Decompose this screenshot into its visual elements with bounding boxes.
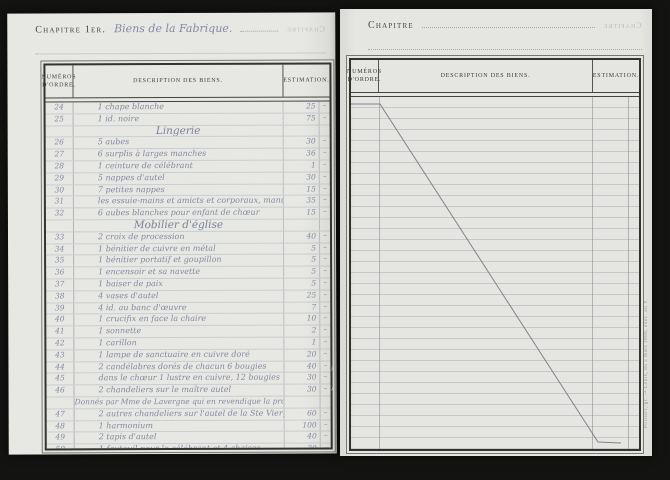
table-row: 361 encensoir et sa navette5– [46,267,330,280]
chapter-title-handwritten: Biens de la Fabrique. [114,22,232,35]
horizontal-rule [368,49,642,50]
right-chapter-line: Chapitre Chapitre [368,17,642,31]
description-label: DESCRIPTION DES BIENS. [133,78,223,84]
table-row: 45dans le chœur 1 lustre en cuivre, 12 b… [46,373,330,386]
row-description: 5 aubes [74,137,284,149]
row-estimation: 36 [284,149,320,160]
row-estimation: 40 [285,432,321,443]
row-centimes: – [320,184,330,195]
numeros-line1: NUMÉROS [41,74,76,80]
row-description: 6 aubes blanches pour enfant de chœur [74,208,284,220]
row-description: 1 baiser de paix [74,279,284,291]
row-centimes: – [320,361,330,372]
row-number: 46 [47,385,75,396]
bleed-through-text: Chapitre [603,21,642,30]
row-description: 7 petites nappes [74,184,284,196]
table-row: 332 croix de procession40– [46,231,330,244]
table-row: 431 lampe de sanctuaire en cuivre doré20… [46,349,330,362]
table-row: 295 nappes d'autel30– [46,172,330,185]
row-centimes: – [320,314,330,325]
cancellation-line [351,97,639,449]
row-description: 1 carillon [74,338,284,350]
row-estimation: 1 [284,160,320,171]
row-estimation: 2 [284,326,320,337]
row-estimation [284,219,320,230]
row-description: 1 lampe de sanctuaire en cuivre doré [74,349,284,361]
row-number: 30 [46,185,74,196]
row-estimation: 25 [284,101,320,112]
row-centimes: – [320,231,330,242]
column-header-estimation: ESTIMATION. [283,64,329,96]
row-centimes: – [321,408,331,419]
numeros-line2: D'ORDRE. [42,82,76,88]
row-centimes: – [320,208,330,219]
inventory-table-right: NUMÉROS D'ORDRE. DESCRIPTION DES BIENS. … [349,58,641,451]
chapter-label: Chapitre [368,20,414,31]
row-number: 44 [46,362,74,373]
row-number: 45 [46,374,74,385]
row-description: 2 tapis d'autel [75,432,285,444]
row-estimation: 30 [284,137,320,148]
row-description: 1 encensoir et sa navette [74,267,284,279]
row-description: 1 sonnette [74,326,284,338]
column-header-numeros: NUMÉROS D'ORDRE. [45,65,73,97]
row-centimes: – [320,243,330,254]
row-number: 28 [46,161,74,172]
row-description: 6 surplis à larges manches [74,149,284,161]
column-header-description: DESCRIPTION DES BIENS. [379,60,593,92]
dotted-rule [422,17,596,28]
row-estimation: 15 [284,208,320,219]
row-centimes: – [320,290,330,301]
left-chapter-line: Chapitre 1er. Biens de la Fabrique. Chap… [35,20,325,35]
row-number: 27 [46,150,74,161]
row-centimes: – [321,432,331,443]
table-row: 481 harmonium100– [47,420,331,433]
row-centimes [321,396,331,407]
right-page: Chapitre Chapitre NUMÉROS D'ORDRE. DESCR… [340,9,652,456]
row-description: 2 candélabres dorés de chacun 6 bougies [74,361,284,373]
row-number: 40 [46,315,74,326]
inventory-table-left: NUMÉROS D'ORDRE. DESCRIPTION DES BIENS. … [43,62,332,450]
row-number: 29 [46,173,74,184]
row-estimation: 10 [284,314,320,325]
numeros-line2: D'ORDRE. [348,77,382,83]
column-header-estimation: ESTIMATION. [593,60,639,92]
column-header-description: DESCRIPTION DES BIENS. [73,65,283,98]
left-page: Chapitre 1er. Biens de la Fabrique. Chap… [7,12,337,454]
row-number: 42 [46,338,74,349]
row-number [47,397,75,408]
row-number [46,220,74,231]
printer-imprint: Poitiers, gr. — Louis, du 5 mars 1886, e… [644,278,649,428]
row-estimation: 40 [284,361,320,372]
row-centimes: – [320,149,330,160]
row-estimation: 30 [284,373,320,384]
row-centimes: – [320,302,330,313]
table-row: 401 crucifix en face la chaire10– [46,314,330,327]
row-number: 26 [46,138,74,149]
row-description: 1 ceinture de célébrant [74,161,284,173]
table-row: 31les essuie-mains et amicts et corporau… [46,196,330,209]
row-centimes [320,219,330,230]
row-description: 1 harmonium [75,420,285,432]
row-centimes: – [320,337,330,348]
row-number: 32 [46,209,74,220]
row-number: 39 [46,303,74,314]
row-centimes: – [320,137,330,148]
table-body: 241 chape blanche25–251 id. noire75–Ling… [46,101,331,448]
table-row: 384 vases d'autel25– [46,290,330,303]
row-number: 35 [46,256,74,267]
row-number: 48 [47,421,75,432]
row-estimation [285,396,321,407]
table-row: 251 id. noire75– [46,113,330,126]
row-estimation: 5 [284,243,320,254]
row-estimation: 5 [284,278,320,289]
table-row: 307 petites nappes15– [46,184,330,197]
row-number: 49 [47,433,75,444]
row-description: 2 croix de procession [74,231,284,243]
chapter-label: Chapitre 1er. [35,24,106,35]
row-number: 25 [46,114,74,125]
table-row: 462 chandeliers sur le maître autel30– [47,385,331,398]
row-centimes: – [321,420,331,431]
table-row: 411 sonnette2– [46,326,330,339]
table-row: 341 bénitier de cuivre en métal5– [46,243,330,256]
row-description: 2 autres chandeliers sur l'autel de la S… [75,408,285,420]
row-centimes: – [320,113,330,124]
table-row: 241 chape blanche25– [46,101,330,114]
row-estimation: 75 [284,113,320,124]
row-estimation: 7 [284,302,320,313]
row-description: 1 fauteuil pour le célébrant et 4 chaise… [75,444,285,449]
pencil-mark: 1 [330,364,334,372]
row-estimation: 40 [284,231,320,242]
row-description: 5 nappes d'autel [74,172,284,184]
table-row: 421 carillon1– [46,337,330,350]
row-number: 38 [46,291,74,302]
horizontal-rule [35,52,325,54]
table-row: 472 autres chandeliers sur l'autel de la… [47,408,331,421]
row-description: Donnés par Mme de Lavergne qui en revend… [75,397,285,409]
table-row: Lingerie [46,125,330,138]
row-number: 24 [46,102,74,113]
row-centimes: – [320,196,330,207]
table-row: 326 aubes blanches pour enfant de chœur1… [46,208,330,221]
row-number: 34 [46,244,74,255]
row-estimation: 15 [284,184,320,195]
table-row: 281 ceinture de célébrant1– [46,160,330,173]
table-row: 351 bénitier portatif et goupillon5– [46,255,330,268]
row-description: 4 vases d'autel [74,290,284,302]
row-description: 1 bénitier de cuivre en métal [74,243,284,255]
table-row: 371 baiser de paix5– [46,278,330,291]
row-estimation: 30 [284,172,320,183]
dotted-rule [240,21,278,32]
row-estimation: 5 [284,255,320,266]
description-label: DESCRIPTION DES BIENS. [441,73,531,79]
row-estimation: 100 [285,420,321,431]
table-header: NUMÉROS D'ORDRE. DESCRIPTION DES BIENS. … [45,64,329,98]
estimation-label: ESTIMATION. [283,77,329,83]
row-description: Lingerie [74,125,284,137]
row-centimes: – [320,160,330,171]
row-estimation: 30 [285,444,321,449]
bleed-through-text: Chapitre [287,24,326,33]
row-description: 1 bénitier portatif et goupillon [74,255,284,267]
row-centimes: – [321,444,331,449]
table-header: NUMÉROS D'ORDRE. DESCRIPTION DES BIENS. … [351,60,639,93]
row-centimes: – [321,385,331,396]
pencil-mark: 1 [330,384,334,392]
row-centimes: – [320,278,330,289]
row-number: 33 [46,232,74,243]
row-centimes [320,125,330,136]
row-centimes: – [320,101,330,112]
numeros-line1: NUMÉROS [347,69,382,75]
row-estimation: 35 [284,196,320,207]
table-row: 276 surplis à larges manches36– [46,149,330,162]
row-estimation: 1 [284,337,320,348]
row-estimation [284,125,320,136]
table-row: 265 aubes30– [46,137,330,150]
row-centimes: – [320,349,330,360]
estimation-label: ESTIMATION. [593,73,639,79]
row-number: 37 [46,279,74,290]
row-number: 43 [46,350,74,361]
table-row: 442 candélabres dorés de chacun 6 bougie… [46,361,330,374]
row-estimation: 30 [285,385,321,396]
row-description: Mobilier d'église [74,220,284,232]
blank-table-body [351,97,639,449]
table-row: Mobilier d'église [46,219,330,232]
row-description: 4 id. au banc d'œuvre [74,302,284,314]
row-number [46,126,74,137]
row-centimes: – [320,255,330,266]
column-header-numeros: NUMÉROS D'ORDRE. [351,60,379,92]
row-estimation: 20 [284,349,320,360]
table-row: Donnés par Mme de Lavergne qui en revend… [47,396,331,409]
row-number: 41 [46,326,74,337]
row-description: dans le chœur 1 lustre en cuivre, 12 bou… [74,373,284,385]
row-centimes: – [320,373,330,384]
row-number: 47 [47,409,75,420]
table-row: 492 tapis d'autel40– [47,432,331,445]
scanned-register-spread: Chapitre 1er. Biens de la Fabrique. Chap… [0,0,670,480]
row-number: 50 [47,444,75,448]
row-number: 31 [46,197,74,208]
row-estimation: 5 [284,267,320,278]
row-description: 1 id. noire [74,113,284,125]
row-description: 1 chape blanche [74,102,284,114]
row-description: 1 crucifix en face la chaire [74,314,284,326]
table-row: 394 id. au banc d'œuvre7– [46,302,330,315]
row-description: les essuie-mains et amicts et corporaux,… [74,196,284,208]
row-centimes: – [320,172,330,183]
row-estimation: 60 [285,408,321,419]
row-number: 36 [46,267,74,278]
row-estimation: 25 [284,290,320,301]
row-centimes: – [320,267,330,278]
table-row: 501 fauteuil pour le célébrant et 4 chai… [47,444,331,449]
row-description: 2 chandeliers sur le maître autel [75,385,285,397]
row-centimes: – [320,326,330,337]
